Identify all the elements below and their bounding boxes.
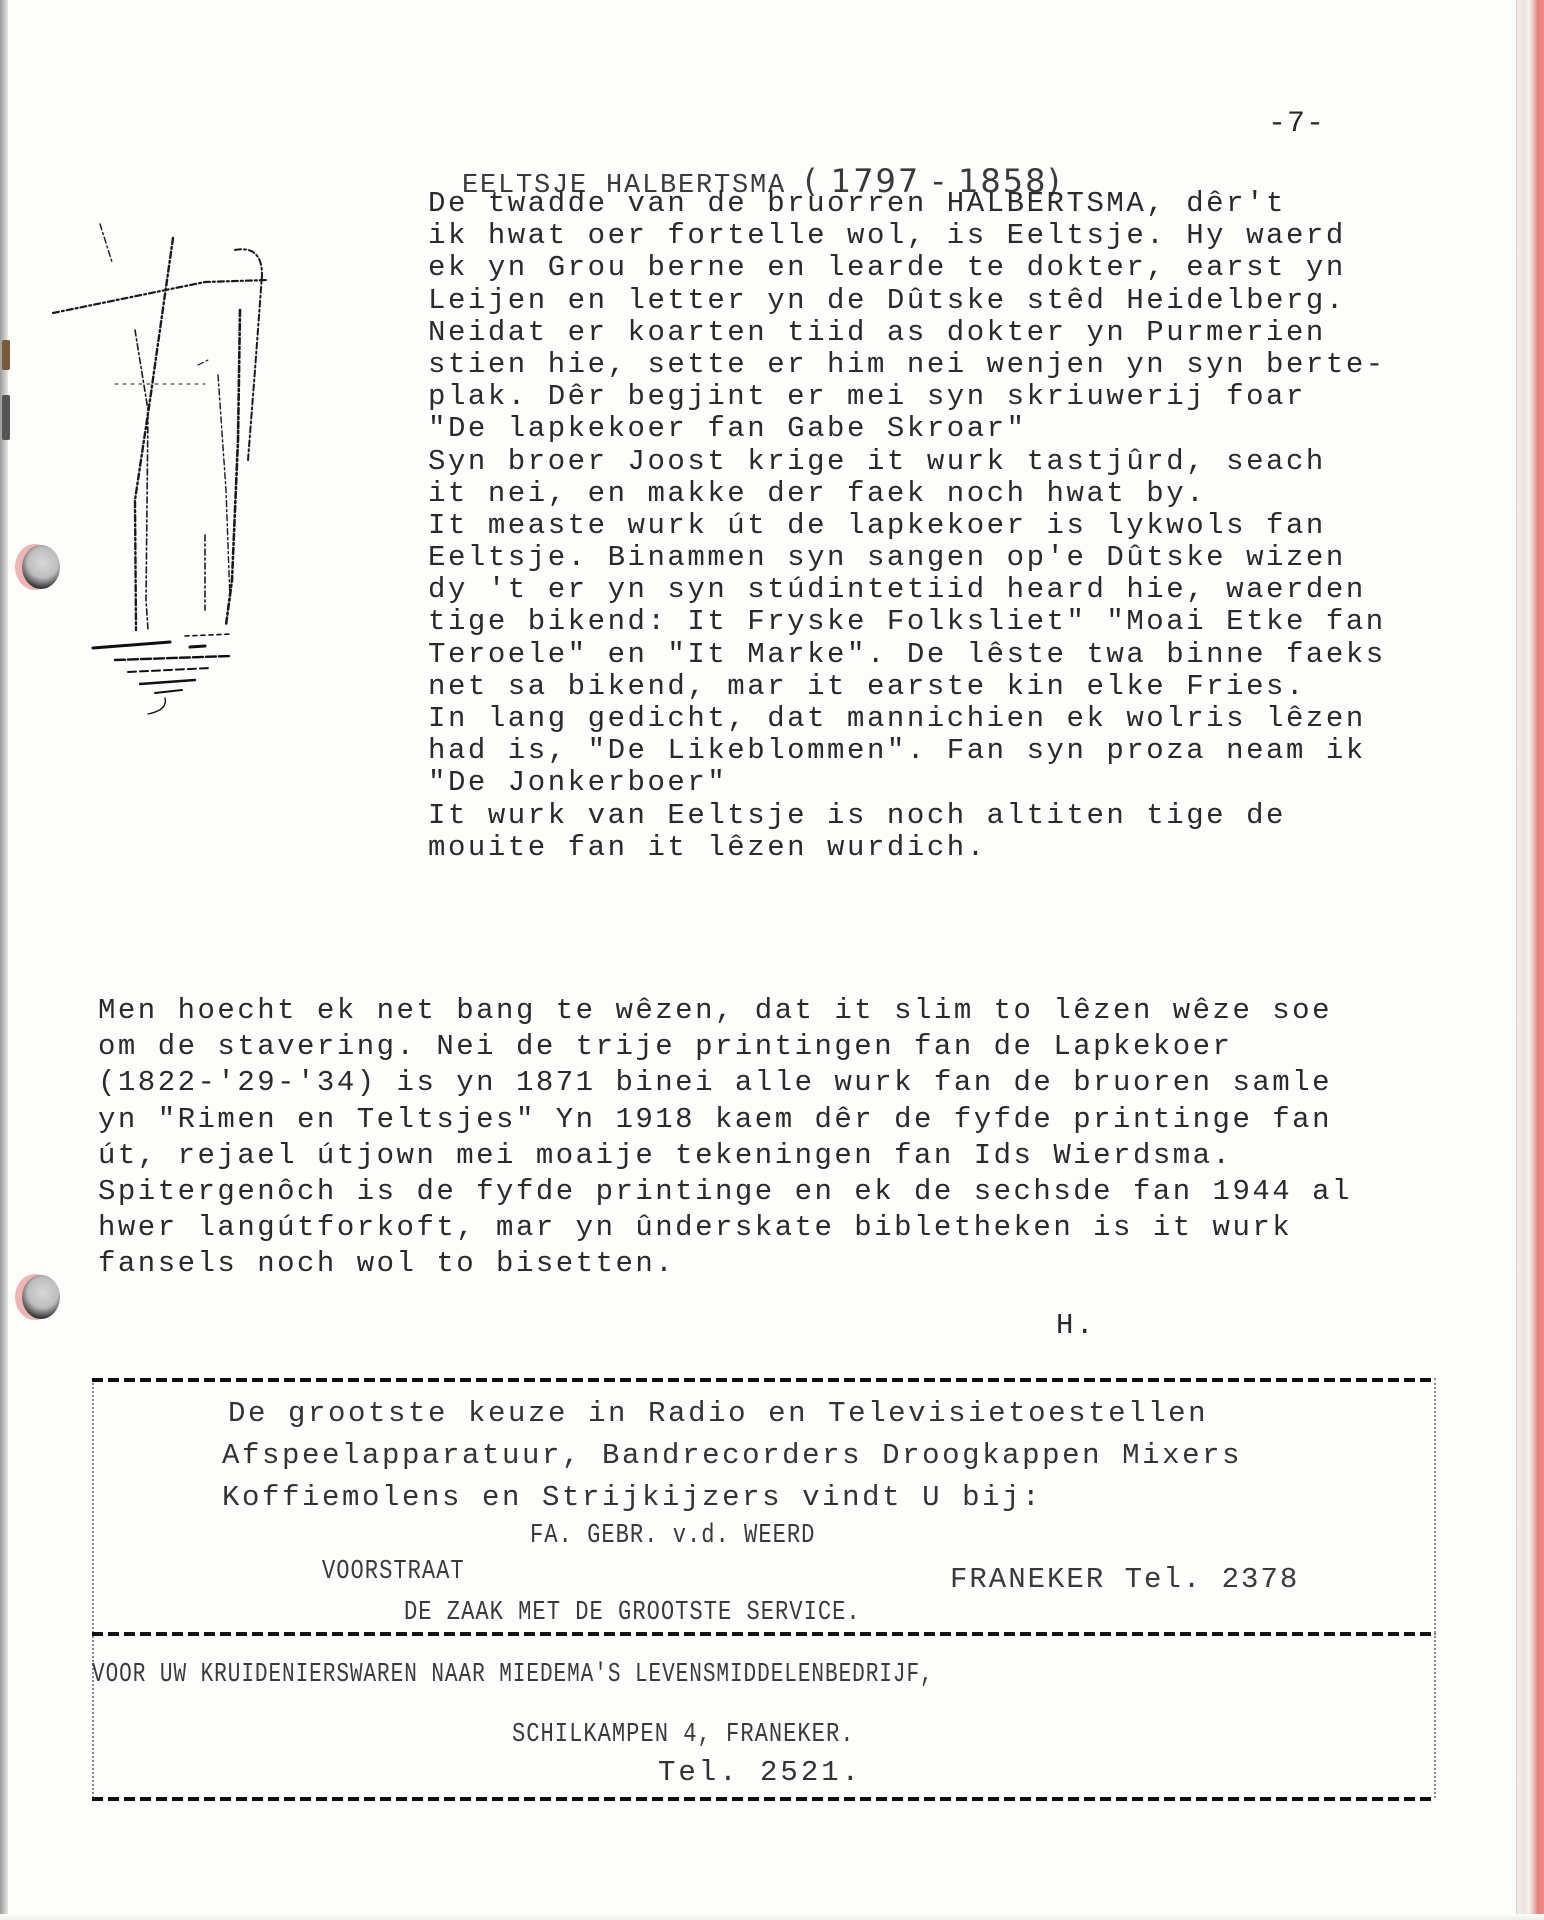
text-line: It wurk van Eeltsje is noch altiten tige… <box>428 800 1386 832</box>
ad-radio-slogan: DE ZAAK MET DE GROOTSTE SERVICE. <box>404 1598 861 1628</box>
ad-grocery-phone: Tel. 2521. <box>658 1756 862 1789</box>
text-line: yn "Rimen en Teltsjes" Yn 1918 kaem dêr … <box>98 1102 1352 1138</box>
punch-hole <box>22 1275 60 1319</box>
ad-radio-company: FA. GEBR. v.d. WEERD <box>530 1521 815 1551</box>
text-line: Men hoecht ek net bang te wêzen, dat it … <box>98 993 1352 1029</box>
text-line: In lang gedicht, dat mannichien ek wolri… <box>428 703 1386 735</box>
text-line: hwer langútforkoft, mar yn ûnderskate bi… <box>98 1210 1352 1246</box>
text-line: dy 't er yn syn stúdintetiid heard hie, … <box>428 574 1386 606</box>
divider-rule <box>92 1797 1434 1801</box>
text-line: mouite fan it lêzen wurdich. <box>428 832 1386 864</box>
ad-radio-street: VOORSTRAAT <box>322 1557 465 1587</box>
text-line: stien hie, sette er him nei wenjen yn sy… <box>428 349 1386 381</box>
text-line: om de stavering. Nei de trije printingen… <box>98 1029 1352 1065</box>
page-stack-edge <box>1516 0 1544 1920</box>
text-line: it nei, en makke der faek noch hwat by. <box>428 478 1386 510</box>
page-number: -7- <box>1268 108 1325 140</box>
text-line: "De Jonkerboer" <box>428 767 1386 799</box>
text-line: net sa bikend, mar it earste kin elke Fr… <box>428 671 1386 703</box>
text-line: had is, "De Likeblommen". Fan syn proza … <box>428 735 1386 767</box>
text-line: Neidat er koarten tiid as dokter yn Purm… <box>428 317 1386 349</box>
page-bottom-edge <box>0 1914 1544 1920</box>
text-line: plak. Dêr begjint er mei syn skriuwerij … <box>428 381 1386 413</box>
text-line: Leijen en letter yn de Dûtske stêd Heide… <box>428 285 1386 317</box>
text-line: ik hwat oer fortelle wol, is Eeltsje. Hy… <box>428 220 1386 252</box>
text-line: tige bikend: It Fryske Folksliet" "Moai … <box>428 606 1386 638</box>
text-line: ek yn Grou berne en learde te dokter, ea… <box>428 252 1386 284</box>
text-line: Teroele" en "It Marke". De lêste twa bin… <box>428 639 1386 671</box>
text-line: fansels noch wol to bisetten. <box>98 1246 1352 1282</box>
text-line: Eeltsje. Binammen syn sangen op'e Dûtske… <box>428 542 1386 574</box>
ad-radio-line-3: Koffiemolens en Strijkijzers vindt U bij… <box>222 1481 1042 1514</box>
text-line: It measte wurk út de lapkekoer is lykwol… <box>428 510 1386 542</box>
text-line: (1822-'29-'34) is yn 1871 binei alle wur… <box>98 1065 1352 1101</box>
article-body-full-width: Men hoecht ek net bang te wêzen, dat it … <box>98 993 1352 1283</box>
ad-radio-line-1: De grootste keuze in Radio en Televisiet… <box>228 1397 1208 1430</box>
text-line: De twadde van de bruorren HALBERTSMA, dê… <box>428 188 1386 220</box>
ad-radio-city-phone: FRANEKER Tel. 2378 <box>950 1563 1299 1596</box>
divider-rule <box>92 1632 1434 1636</box>
text-line: "De lapkekoer fan Gabe Skroar" <box>428 413 1386 445</box>
ad-grocery-headline: VOOR UW KRUIDENIERSWAREN NAAR MIEDEMA'S … <box>92 1660 934 1690</box>
ad-grocery-address: SCHILKAMPEN 4, FRANEKER. <box>512 1720 854 1750</box>
sketch-illustration <box>0 200 300 820</box>
text-line: Syn broer Joost krige it wurk tastjûrd, … <box>428 446 1386 478</box>
article-body-column: De twadde van de bruorren HALBERTSMA, dê… <box>428 188 1386 864</box>
divider-rule <box>92 1378 1434 1382</box>
ad-radio-line-2: Afspeelapparatuur, Bandrecorders Droogka… <box>222 1439 1242 1472</box>
author-signature: H. <box>1056 1310 1096 1342</box>
text-line: út, rejael útjown mei moaije tekeningen … <box>98 1138 1352 1174</box>
text-line: Spitergenôch is de fyfde printinge en ek… <box>98 1174 1352 1210</box>
